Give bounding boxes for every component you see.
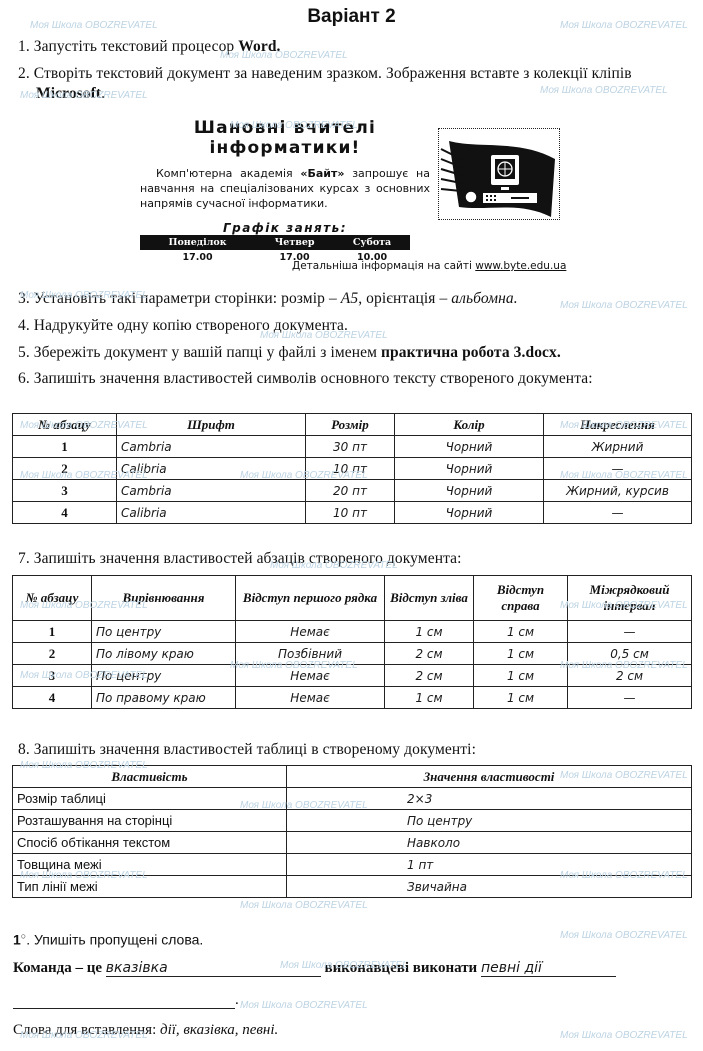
task-2-suffix: .: [101, 85, 105, 102]
handwritten-cell: Чорний: [395, 480, 544, 502]
schedule-day: Четвер: [255, 235, 334, 250]
handwritten-cell: 1 см: [385, 621, 474, 643]
handwritten-cell: 30 пт: [306, 436, 395, 458]
table-cell: 4: [13, 687, 92, 709]
words-to-insert: Слова для вставлення: дії, вказівка, пев…: [13, 1022, 278, 1039]
sample-document: Шановні вчителі інформатики! Комп'ютерна…: [140, 118, 440, 265]
schedule-day: Субота: [334, 235, 410, 250]
table-cell: 3: [13, 480, 117, 502]
handwritten-cell: 0,5 см: [568, 643, 692, 665]
table-header-row: Властивість Значення властивості: [13, 766, 692, 788]
table-cell: Тип лінії межі: [13, 876, 287, 898]
task-3-orient: альбомна.: [451, 290, 517, 307]
header-cell: Відступ першого рядка: [236, 576, 385, 621]
exercise-number: 1: [13, 932, 21, 948]
table-cell: 3: [13, 665, 92, 687]
handwritten-cell: 1 см: [474, 687, 568, 709]
task-1-bold: Word.: [238, 38, 280, 55]
handwritten-cell: —: [568, 687, 692, 709]
handwritten-cell: Немає: [236, 621, 385, 643]
table-cell: 1: [13, 436, 117, 458]
watermark: Моя Школа OBOZREVATEL: [240, 900, 368, 911]
task-2-bold: Microsoft: [36, 85, 101, 102]
handwritten-cell: Calibria: [117, 458, 306, 480]
handwritten-cell: 2 см: [385, 665, 474, 687]
sample-paragraph-bold: «Байт»: [300, 167, 344, 180]
words-list: дії, вказівка, певні.: [160, 1022, 278, 1038]
blank-3-input[interactable]: [13, 992, 235, 1009]
table-row: Спосіб обтікання текстомНавколо: [13, 832, 692, 854]
handwritten-cell: 2×3: [287, 788, 692, 810]
task-4: 4. Надрукуйте одну копію створеного доку…: [18, 316, 348, 336]
table-row: 2Calibria10 птЧорний—: [13, 458, 692, 480]
exercise-sentence: Команда – це вказівка виконавцеві викона…: [13, 960, 703, 977]
words-label: Слова для вставлення:: [13, 1022, 160, 1038]
header-cell: Властивість: [13, 766, 287, 788]
watermark: Моя Школа OBOZREVATEL: [560, 300, 688, 311]
task-7: 7. Запишіть значення властивостей абзаці…: [18, 549, 462, 569]
handwritten-cell: Calibria: [117, 502, 306, 524]
handwritten-cell: Немає: [236, 665, 385, 687]
handwritten-cell: Чорний: [395, 458, 544, 480]
handwritten-cell: —: [568, 621, 692, 643]
exercise-continuation: .: [13, 992, 239, 1009]
table-cell: Товщина межі: [13, 854, 287, 876]
task-2-text: 2. Створіть текстовий документ за наведе…: [18, 65, 632, 82]
task-1: 1. Запустіть текстовий процесор Word.: [18, 37, 281, 57]
watermark: Моя Школа OBOZREVATEL: [560, 1030, 688, 1041]
computer-clipart-icon: [438, 128, 560, 220]
header-cell: Значення властивості: [287, 766, 692, 788]
handwritten-cell: По правому краю: [92, 687, 236, 709]
sample-paragraph: Комп'ютерна академія «Байт» запрошує на …: [140, 166, 430, 211]
table-row: Розмір таблиці2×3: [13, 788, 692, 810]
table-row: 3По центруНемає2 см1 см2 см: [13, 665, 692, 687]
task-2: 2. Створіть текстовий документ за наведе…: [18, 64, 701, 104]
handwritten-cell: По центру: [92, 665, 236, 687]
handwritten-cell: 1 см: [474, 621, 568, 643]
sentence-start: Команда – це: [13, 960, 102, 976]
header-cell: № абзацу: [13, 414, 117, 436]
task-1-text: 1. Запустіть текстовий процесор: [18, 38, 238, 55]
table-row: Розташування на сторінціПо центру: [13, 810, 692, 832]
task-3-size: A5: [341, 290, 358, 307]
table-cell: Спосіб обтікання текстом: [13, 832, 287, 854]
variant-title: Варіант 2: [0, 6, 703, 28]
schedule-day: Понеділок: [140, 235, 255, 250]
handwritten-cell: 1 пт: [287, 854, 692, 876]
header-cell: Відступ справа: [474, 576, 568, 621]
watermark: Моя Школа OBOZREVATEL: [560, 930, 688, 941]
website-link[interactable]: www.byte.edu.ua: [475, 260, 566, 272]
more-info: Детальніша інформація на сайті www.byte.…: [292, 260, 566, 272]
table-row: 3Cambria20 птЧорнийЖирний, курсив: [13, 480, 692, 502]
header-cell: Колір: [395, 414, 544, 436]
table-row: 4По правому краюНемає1 см1 см—: [13, 687, 692, 709]
paragraph-properties-table: № абзацу Вирівнювання Відступ першого ря…: [12, 575, 692, 709]
handwritten-cell: Немає: [236, 687, 385, 709]
header-cell: Міжрядковий інтервал: [568, 576, 692, 621]
sentence-mid: виконавцеві виконати: [325, 960, 478, 976]
table-row: Тип лінії межіЗвичайна: [13, 876, 692, 898]
header-cell: № абзацу: [13, 576, 92, 621]
more-info-text: Детальніша інформація на сайті: [292, 260, 475, 272]
handwritten-cell: Жирний, курсив: [544, 480, 692, 502]
blank-2-input[interactable]: певні дії: [481, 960, 616, 977]
handwritten-cell: 1 см: [474, 665, 568, 687]
handwritten-cell: 2 см: [385, 643, 474, 665]
sample-heading: Шановні вчителі інформатики!: [140, 118, 430, 158]
handwritten-cell: По лівому краю: [92, 643, 236, 665]
table-header-row: № абзацу Вирівнювання Відступ першого ря…: [13, 576, 692, 621]
schedule-title: Графік занять:: [140, 221, 430, 235]
table-row: 4Calibria10 птЧорний—: [13, 502, 692, 524]
handwritten-cell: По центру: [92, 621, 236, 643]
handwritten-cell: 1 см: [385, 687, 474, 709]
blank-1-input[interactable]: вказівка: [106, 960, 321, 977]
watermark: Моя Школа OBOZREVATEL: [240, 1000, 368, 1011]
table-header-row: № абзацу Шрифт Розмір Колір Накреслення: [13, 414, 692, 436]
handwritten-cell: 2 см: [568, 665, 692, 687]
table-cell: 2: [13, 643, 92, 665]
task-5-filename: практична робота 3.docx.: [381, 344, 561, 361]
handwritten-cell: 10 пт: [306, 458, 395, 480]
handwritten-cell: —: [544, 458, 692, 480]
handwritten-cell: —: [544, 502, 692, 524]
table-cell: Розташування на сторінці: [13, 810, 287, 832]
handwritten-cell: Позбівний: [236, 643, 385, 665]
handwritten-cell: Навколо: [287, 832, 692, 854]
handwritten-cell: 1 см: [474, 643, 568, 665]
exercise-instruction-text: . Упишіть пропущені слова.: [26, 932, 203, 948]
table-cell: 1: [13, 621, 92, 643]
handwritten-cell: Чорний: [395, 502, 544, 524]
task-5-text: 5. Збережіть документ у вашій папці у фа…: [18, 344, 381, 361]
end-mark: .: [235, 992, 239, 1008]
handwritten-cell: Жирний: [544, 436, 692, 458]
task-5: 5. Збережіть документ у вашій папці у фа…: [18, 343, 561, 363]
header-cell: Накреслення: [544, 414, 692, 436]
task-3-mid: , орієнтація –: [358, 290, 451, 307]
table-properties-table: Властивість Значення властивості Розмір …: [12, 765, 692, 898]
table-row: Товщина межі1 пт: [13, 854, 692, 876]
exercise-instruction: 1○. Упишіть пропущені слова.: [13, 931, 203, 948]
table-cell: 4: [13, 502, 117, 524]
font-properties-table: № абзацу Шрифт Розмір Колір Накреслення …: [12, 413, 692, 524]
handwritten-cell: По центру: [287, 810, 692, 832]
header-cell: Шрифт: [117, 414, 306, 436]
header-cell: Відступ зліва: [385, 576, 474, 621]
task-6: 6. Запишіть значення властивостей символ…: [18, 369, 701, 389]
table-cell: 2: [13, 458, 117, 480]
handwritten-cell: Звичайна: [287, 876, 692, 898]
task-8: 8. Запишіть значення властивостей таблиц…: [18, 740, 476, 760]
table-row: 1По центруНемає1 см1 см—: [13, 621, 692, 643]
table-row: 2По лівому краюПозбівний2 см1 см0,5 см: [13, 643, 692, 665]
handwritten-cell: Cambria: [117, 480, 306, 502]
sample-paragraph-prefix: Комп'ютерна академія: [156, 167, 300, 180]
schedule-time: 17.00: [140, 250, 255, 265]
header-cell: Розмір: [306, 414, 395, 436]
handwritten-cell: 10 пт: [306, 502, 395, 524]
table-row: 1Cambria30 птЧорнийЖирний: [13, 436, 692, 458]
task-3-text: 3. Установіть такі параметри сторінки: р…: [18, 290, 341, 307]
task-3: 3. Установіть такі параметри сторінки: р…: [18, 289, 518, 309]
table-cell: Розмір таблиці: [13, 788, 287, 810]
handwritten-cell: Cambria: [117, 436, 306, 458]
handwritten-cell: 20 пт: [306, 480, 395, 502]
handwritten-cell: Чорний: [395, 436, 544, 458]
header-cell: Вирівнювання: [92, 576, 236, 621]
